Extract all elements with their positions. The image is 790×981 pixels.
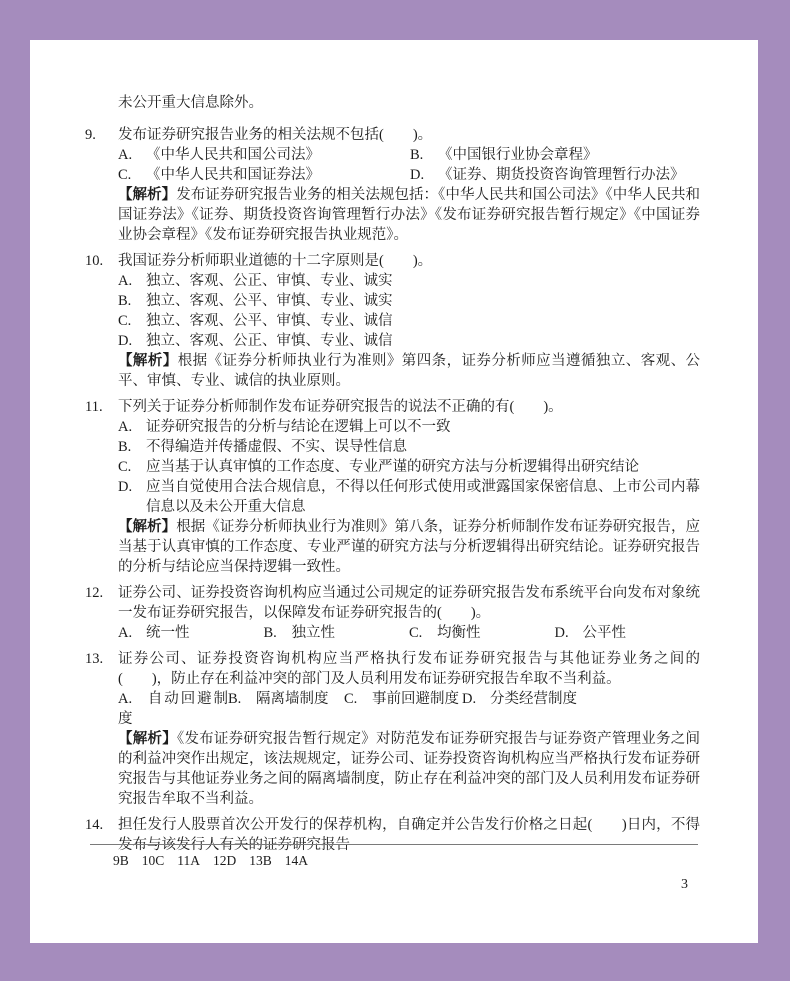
answer-key-item: 10C (142, 852, 165, 870)
question-number: 10. (85, 251, 118, 391)
analysis-label: 【解析】 (118, 731, 177, 747)
option-label: A. (118, 145, 146, 165)
question-9: 9. 发布证券研究报告业务的相关法规不包括( )。 A.《中华人民共和国公司法》… (85, 125, 700, 245)
question-body: 证券公司、证券投资咨询机构应当严格执行发布证券研究报告与其他证券业务之间的( )… (118, 649, 700, 809)
option-label: C. (118, 165, 146, 185)
option-c: C.《中华人民共和国证券法》 (118, 165, 410, 185)
option-text: 独立、客观、公平、审慎、专业、诚信 (146, 311, 700, 331)
option-text: 独立、客观、公正、审慎、专业、诚信 (146, 331, 700, 351)
option-text: 不得编造并传播虚假、不实、误导性信息 (146, 437, 700, 457)
answer-key-item: 14A (285, 852, 308, 870)
option-text: 应当自觉使用合法合规信息，不得以任何形式使用或泄露国家保密信息、上市公司内幕信息… (146, 477, 700, 517)
option-label: A. (118, 417, 146, 437)
options-list: A.统一性 B.独立性 C.均衡性 D.公平性 (118, 623, 700, 643)
answer-key-item: 13B (249, 852, 272, 870)
analysis-text: 发布证券研究报告业务的相关法规包括：《中华人民共和国公司法》《中华人民共和国证券… (118, 187, 700, 243)
question-stem: 证券公司、证券投资咨询机构应当通过公司规定的证券研究报告发布系统平台向发布对象统… (118, 583, 700, 623)
option-label: B. (118, 437, 146, 457)
option-text: 统一性 (146, 625, 190, 641)
option-d: D.《证券、期货投资咨询管理暂行办法》 (410, 165, 700, 185)
options-list: A.独立、客观、公正、审慎、专业、诚实 B.独立、客观、公平、审慎、专业、诚实 … (118, 271, 700, 351)
option-label: D. (118, 331, 146, 351)
options-list: A.证券研究报告的分析与结论在逻辑上可以不一致 B.不得编造并传播虚假、不实、误… (118, 417, 700, 517)
analysis-text: 根据《证券分析师执业行为准则》第八条，证券分析师制作发布证券研究报告，应当基于认… (118, 519, 700, 575)
question-number: 9. (85, 125, 118, 245)
option-text: 独立、客观、公平、审慎、专业、诚实 (146, 291, 700, 311)
option-label: A. (118, 271, 146, 291)
question-11: 11. 下列关于证券分析师制作发布证券研究报告的说法不正确的有( )。 A.证券… (85, 397, 700, 577)
option-label: D. (462, 689, 490, 709)
option-text: 独立、客观、公正、审慎、专业、诚实 (146, 271, 700, 291)
option-text: 《证券、期货投资咨询管理暂行办法》 (438, 167, 685, 183)
answer-key-item: 11A (177, 852, 200, 870)
option-b: B.不得编造并传播虚假、不实、误导性信息 (118, 437, 700, 457)
option-a: A.独立、客观、公正、审慎、专业、诚实 (118, 271, 700, 291)
option-a: A.统一性 (118, 623, 264, 643)
question-stem: 下列关于证券分析师制作发布证券研究报告的说法不正确的有( )。 (118, 397, 700, 417)
options-list: A.《中华人民共和国公司法》 B.《中国银行业协会章程》 C.《中华人民共和国证… (118, 145, 700, 185)
option-label: B. (228, 689, 256, 709)
option-text: 均衡性 (437, 625, 481, 641)
option-b: B.独立、客观、公平、审慎、专业、诚实 (118, 291, 700, 311)
option-text: 《中国银行业协会章程》 (438, 147, 598, 163)
option-text: 应当基于认真审慎的工作态度、专业严谨的研究方法与分析逻辑得出研究结论 (146, 457, 700, 477)
option-text: 《中华人民共和国证券法》 (146, 167, 320, 183)
option-text: 分类经营制度 (490, 691, 577, 707)
answer-key-item: 9B (113, 852, 129, 870)
option-a: A.《中华人民共和国公司法》 (118, 145, 410, 165)
option-c: C.事前回避制度 (344, 689, 462, 729)
option-label: C. (409, 623, 437, 643)
option-label: D. (555, 623, 583, 643)
analysis-paragraph: 【解析】根据《证券分析师执业行为准则》第四条，证券分析师应当遵循独立、客观、公平… (118, 351, 700, 391)
answer-key: 9B 10C 11A 12D 13B 14A (90, 852, 698, 870)
analysis-paragraph: 【解析】《发布证券研究报告暂行规定》对防范发布证券研究报告与证券资产管理业务之间… (118, 729, 700, 809)
option-d: D.公平性 (555, 623, 701, 643)
analysis-paragraph: 【解析】根据《证券分析师执业行为准则》第八条，证券分析师制作发布证券研究报告，应… (118, 517, 700, 577)
option-label: C. (118, 457, 146, 477)
option-c: C.均衡性 (409, 623, 555, 643)
option-text: 《中华人民共和国公司法》 (146, 147, 320, 163)
options-list: A.自动回避制度 B.隔离墙制度 C.事前回避制度 D.分类经营制度 (118, 689, 700, 729)
option-d: D.应当自觉使用合法合规信息，不得以任何形式使用或泄露国家保密信息、上市公司内幕… (118, 477, 700, 517)
option-label: B. (118, 291, 146, 311)
question-12: 12. 证券公司、证券投资咨询机构应当通过公司规定的证券研究报告发布系统平台向发… (85, 583, 700, 643)
option-b: B.隔离墙制度 (228, 689, 344, 729)
analysis-text: 根据《证券分析师执业行为准则》第四条，证券分析师应当遵循独立、客观、公平、审慎、… (118, 353, 700, 389)
option-label: A. (118, 689, 146, 709)
option-d: D.分类经营制度 (462, 689, 700, 729)
question-stem: 证券公司、证券投资咨询机构应当严格执行发布证券研究报告与其他证券业务之间的( )… (118, 649, 700, 689)
question-body: 我国证券分析师职业道德的十二字原则是( )。 A.独立、客观、公正、审慎、专业、… (118, 251, 700, 391)
option-b: B.独立性 (264, 623, 410, 643)
analysis-label: 【解析】 (118, 187, 176, 203)
option-b: B.《中国银行业协会章程》 (410, 145, 700, 165)
option-c: C.应当基于认真审慎的工作态度、专业严谨的研究方法与分析逻辑得出研究结论 (118, 457, 700, 477)
option-text: 事前回避制度 (372, 691, 459, 707)
option-text: 隔离墙制度 (256, 691, 329, 707)
question-number: 13. (85, 649, 118, 809)
option-label: B. (410, 145, 438, 165)
footer-divider (90, 844, 698, 845)
option-a: A.自动回避制度 (118, 689, 228, 729)
analysis-label: 【解析】 (118, 519, 176, 535)
option-label: C. (344, 689, 372, 709)
question-body: 证券公司、证券投资咨询机构应当通过公司规定的证券研究报告发布系统平台向发布对象统… (118, 583, 700, 643)
question-body: 发布证券研究报告业务的相关法规不包括( )。 A.《中华人民共和国公司法》 B.… (118, 125, 700, 245)
page-footer: 9B 10C 11A 12D 13B 14A 3 (90, 844, 698, 893)
answer-key-item: 12D (213, 852, 236, 870)
option-label: D. (118, 477, 146, 517)
question-stem: 发布证券研究报告业务的相关法规不包括( )。 (118, 125, 700, 145)
option-text: 独立性 (292, 625, 336, 641)
option-c: C.独立、客观、公平、审慎、专业、诚信 (118, 311, 700, 331)
option-a: A.证券研究报告的分析与结论在逻辑上可以不一致 (118, 417, 700, 437)
question-number: 11. (85, 397, 118, 577)
option-d: D.独立、客观、公正、审慎、专业、诚信 (118, 331, 700, 351)
question-number: 12. (85, 583, 118, 643)
analysis-text: 《发布证券研究报告暂行规定》对防范发布证券研究报告与证券资产管理业务之间的利益冲… (118, 731, 700, 807)
analysis-label: 【解析】 (118, 353, 178, 369)
document-page: 未公开重大信息除外。 9. 发布证券研究报告业务的相关法规不包括( )。 A.《… (30, 40, 758, 943)
option-label: A. (118, 623, 146, 643)
question-stem: 我国证券分析师职业道德的十二字原则是( )。 (118, 251, 700, 271)
question-10: 10. 我国证券分析师职业道德的十二字原则是( )。 A.独立、客观、公正、审慎… (85, 251, 700, 391)
page-content: 未公开重大信息除外。 9. 发布证券研究报告业务的相关法规不包括( )。 A.《… (30, 40, 758, 855)
question-13: 13. 证券公司、证券投资咨询机构应当严格执行发布证券研究报告与其他证券业务之间… (85, 649, 700, 809)
option-label: D. (410, 165, 438, 185)
continuation-text: 未公开重大信息除外。 (118, 93, 700, 113)
question-body: 下列关于证券分析师制作发布证券研究报告的说法不正确的有( )。 A.证券研究报告… (118, 397, 700, 577)
option-text: 公平性 (583, 625, 627, 641)
option-label: C. (118, 311, 146, 331)
option-label: B. (264, 623, 292, 643)
option-text: 证券研究报告的分析与结论在逻辑上可以不一致 (146, 417, 700, 437)
analysis-paragraph: 【解析】发布证券研究报告业务的相关法规包括：《中华人民共和国公司法》《中华人民共… (118, 185, 700, 245)
page-number: 3 (90, 877, 698, 893)
